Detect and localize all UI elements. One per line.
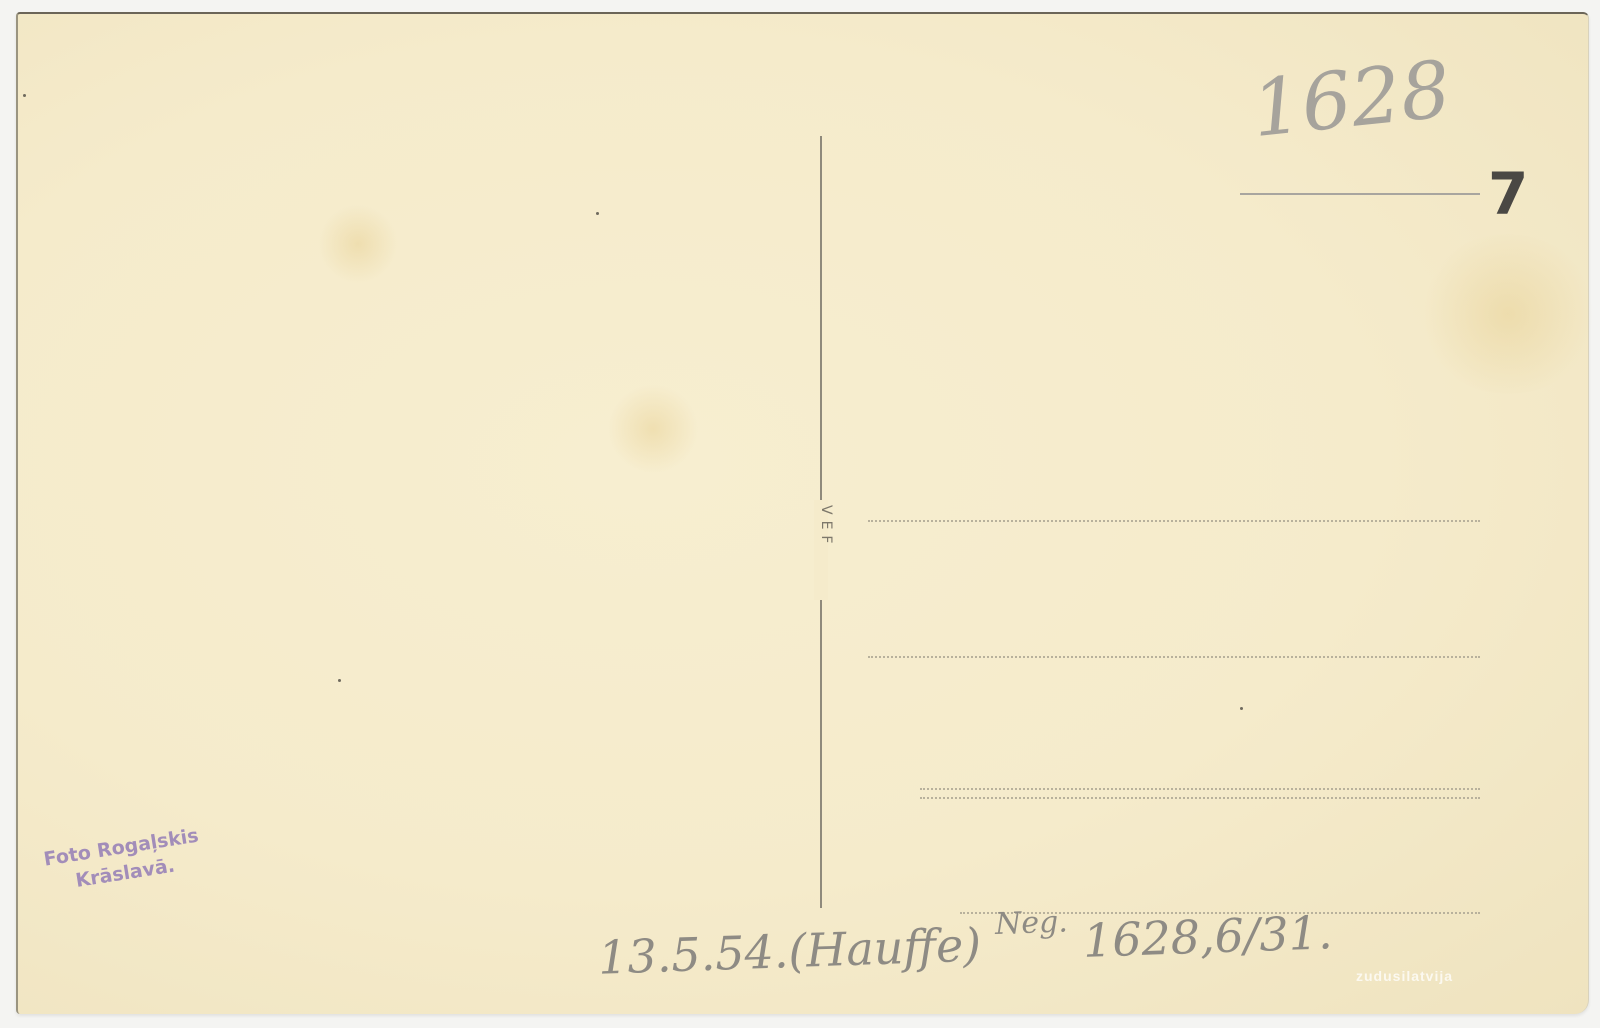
pencil-underline (1240, 193, 1480, 195)
neg-number: 1628,6/31. (1082, 905, 1333, 968)
watermark: zudusilatvija (1356, 968, 1453, 984)
address-line-2 (868, 656, 1480, 658)
paper-stain (1418, 234, 1598, 394)
address-line-3b (920, 797, 1480, 799)
divider-print-label: VEF (808, 505, 834, 595)
paper-stain (608, 384, 698, 474)
paper-speck (23, 94, 26, 97)
paper-speck (1240, 707, 1243, 710)
postcard-back (16, 12, 1589, 1014)
address-line-1 (868, 520, 1480, 522)
paper-stain (318, 204, 398, 284)
neg-label: Neg. (994, 904, 1068, 942)
pencil-corner-mark: 7 (1488, 160, 1528, 228)
paper-speck (338, 679, 341, 682)
address-line-3 (920, 788, 1480, 790)
paper-speck (596, 212, 599, 215)
